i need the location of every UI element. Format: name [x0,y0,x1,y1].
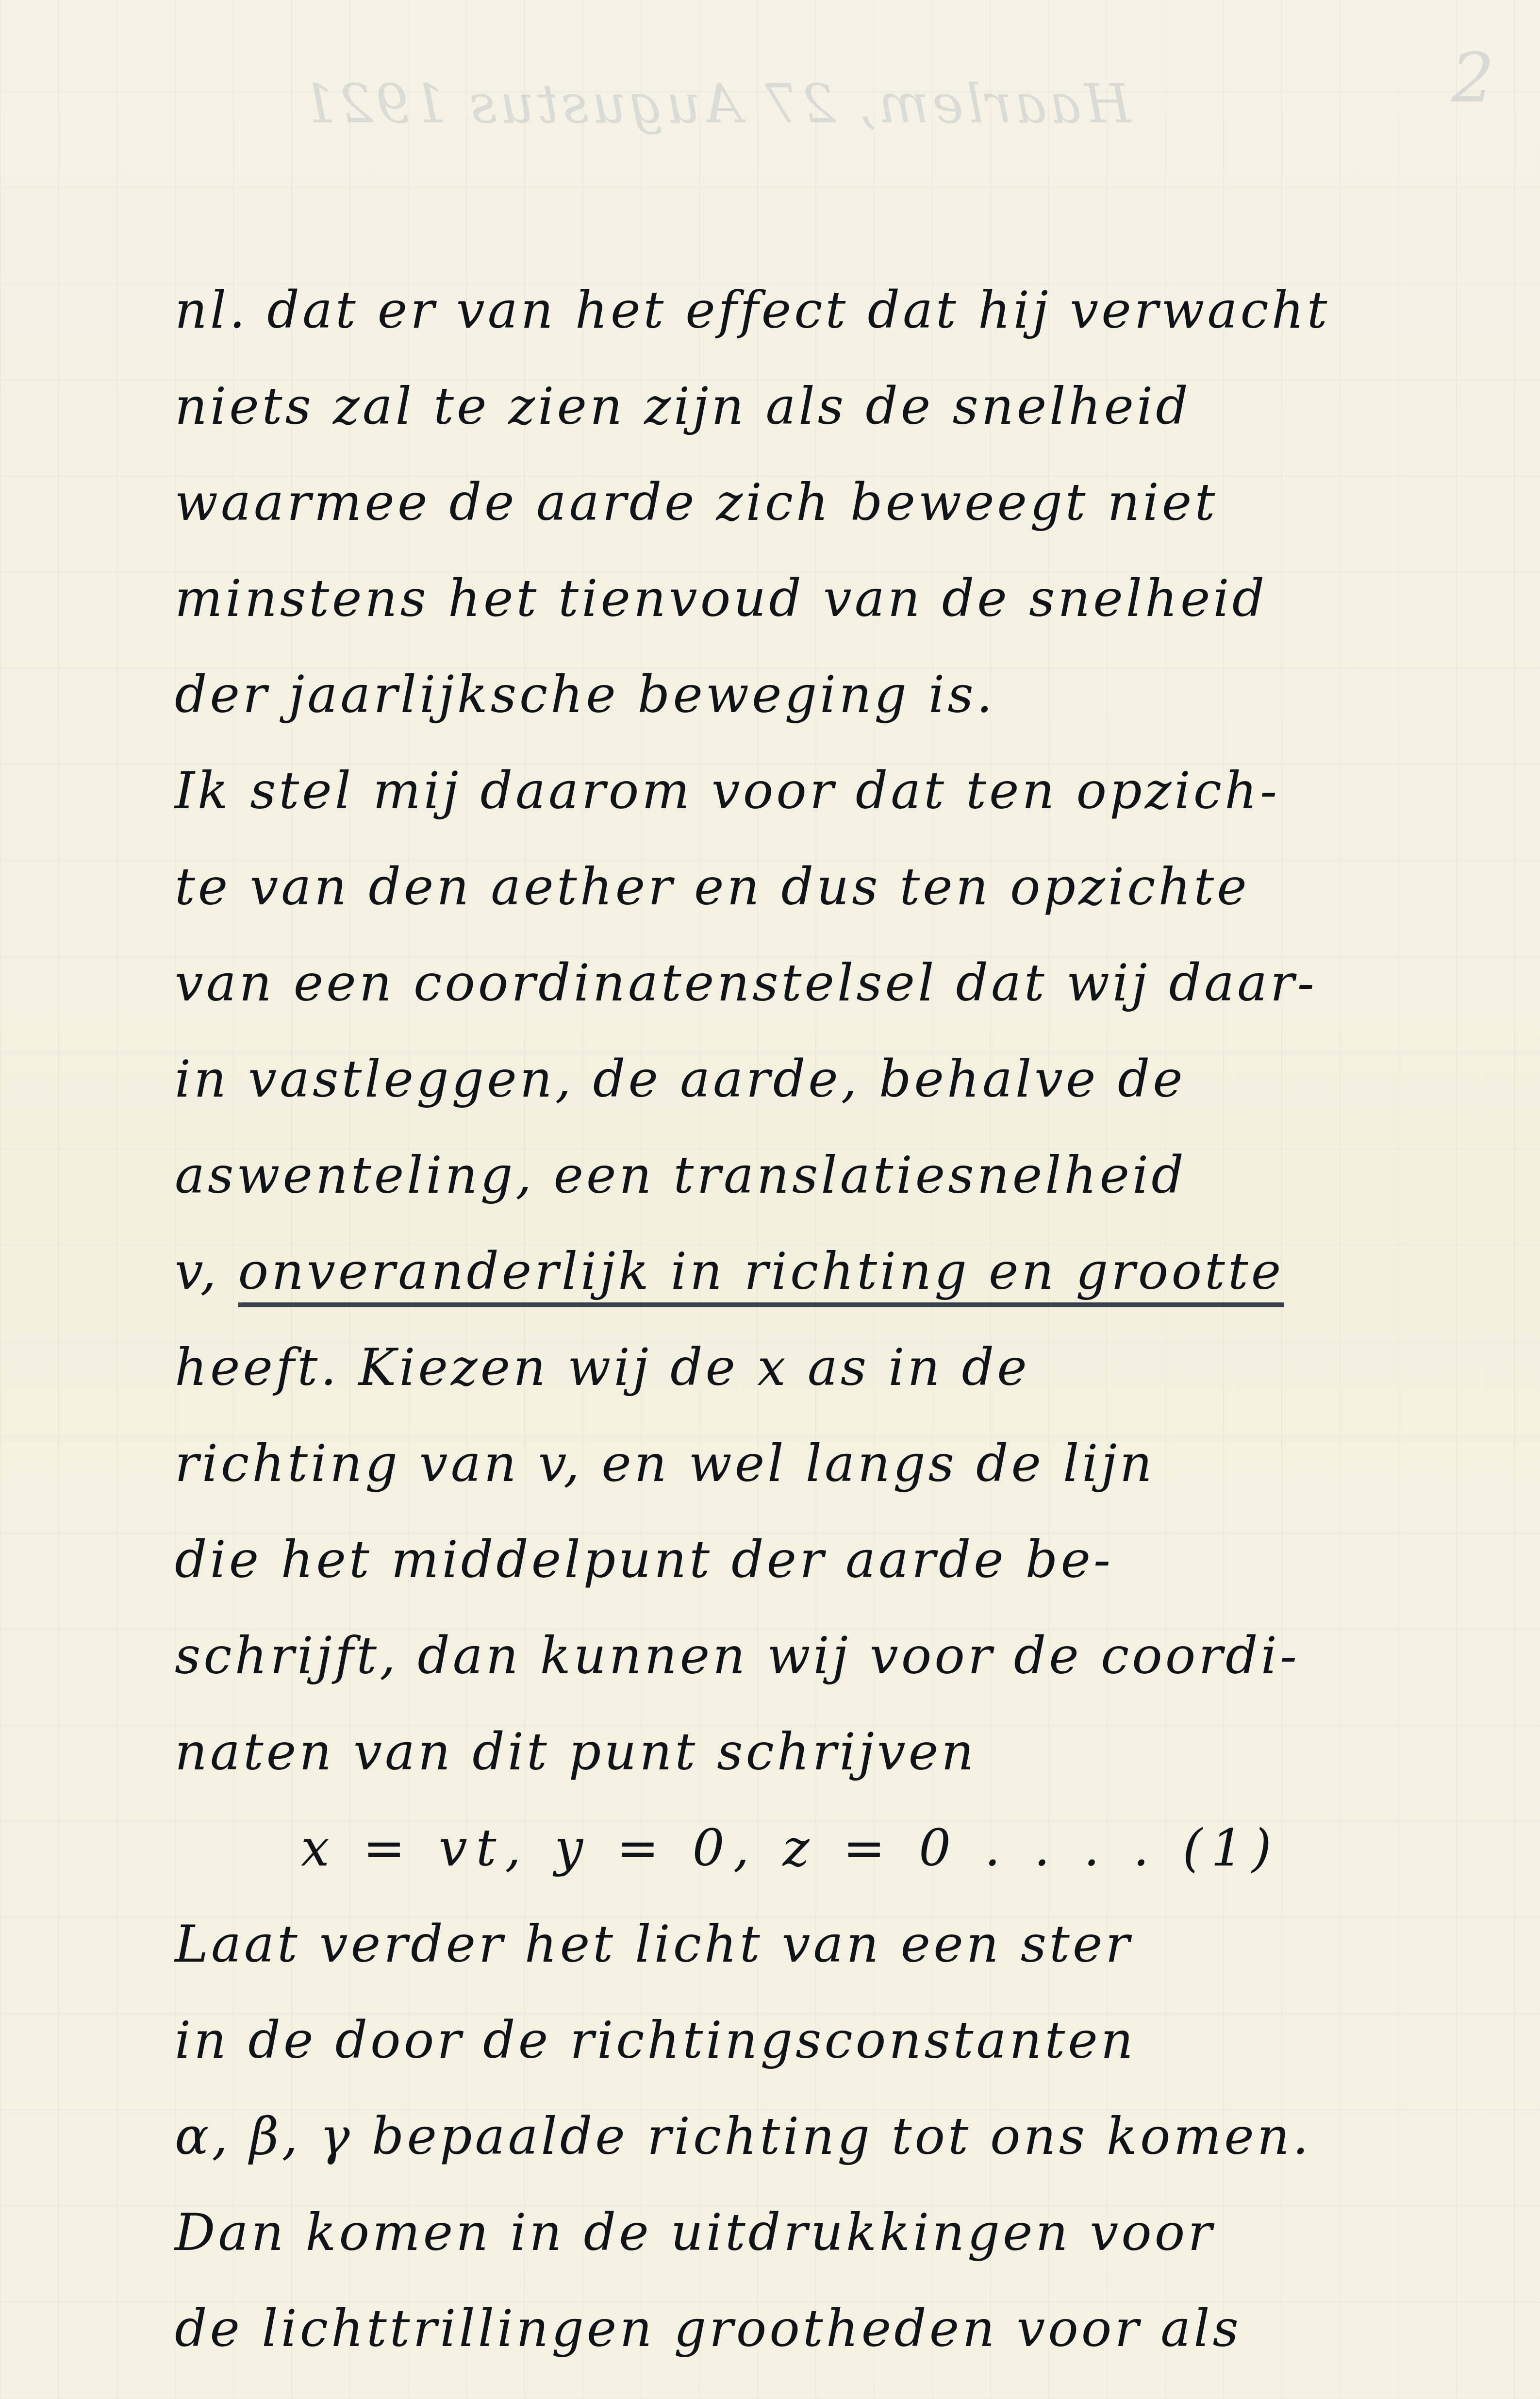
handwritten-text-body: nl. dat er van het effect dat hij verwac… [175,262,1524,2377]
text-line: in vastleggen, de aarde, behalve de [175,1031,1524,1127]
text-line: Dan komen in de uitdrukkingen voor [175,2184,1524,2281]
text-line: schrijft, dan kunnen wij voor de coordi- [175,1608,1524,1704]
equation-line: x = vt, y = 0, z = 0 . . . . (1) [175,1800,1524,1896]
text-line: der jaarlijksche beweging is. [175,647,1524,743]
text-line: richting van v, en wel langs de lijn [175,1416,1524,1512]
page-number: 2 [1451,39,1494,118]
bleed-through-header: Haarlem, 27 Augustus 1921 [160,73,1131,135]
text-line: in de door de richtingsconstanten [175,1992,1524,2088]
text-line-underlined: v, onveranderlijk in richting en grootte [175,1223,1524,1319]
text-line: de lichttrillingen grootheden voor als [175,2281,1524,2377]
text-line: die het middelpunt der aarde be- [175,1512,1524,1608]
text-line: te van den aether en dus ten opzichte [175,839,1524,935]
text-line: Ik stel mij daarom voor dat ten opzich- [175,743,1524,839]
text-line: naten van dit punt schrijven [175,1704,1524,1800]
text-line: niets zal te zien zijn als de snelheid [175,358,1524,454]
line-prefix: v, [175,1242,238,1301]
text-line: waarmee de aarde zich beweegt niet [175,454,1524,550]
text-line: α, β, γ bepaalde richting tot ons komen. [175,2088,1524,2184]
text-line: heeft. Kiezen wij de x as in de [175,1319,1524,1416]
manuscript-page: Haarlem, 27 Augustus 1921 2 nl. dat er v… [0,0,1540,2399]
text-line: Laat verder het licht van een ster [175,1896,1524,1992]
text-line: van een coordinatenstelsel dat wij daar- [175,935,1524,1031]
text-line: minstens het tienvoud van de snelheid [175,550,1524,647]
underlined-phrase: onveranderlijk in richting en grootte [238,1242,1284,1301]
text-line: nl. dat er van het effect dat hij verwac… [175,262,1524,358]
text-line: aswenteling, een translatiesnelheid [175,1127,1524,1223]
